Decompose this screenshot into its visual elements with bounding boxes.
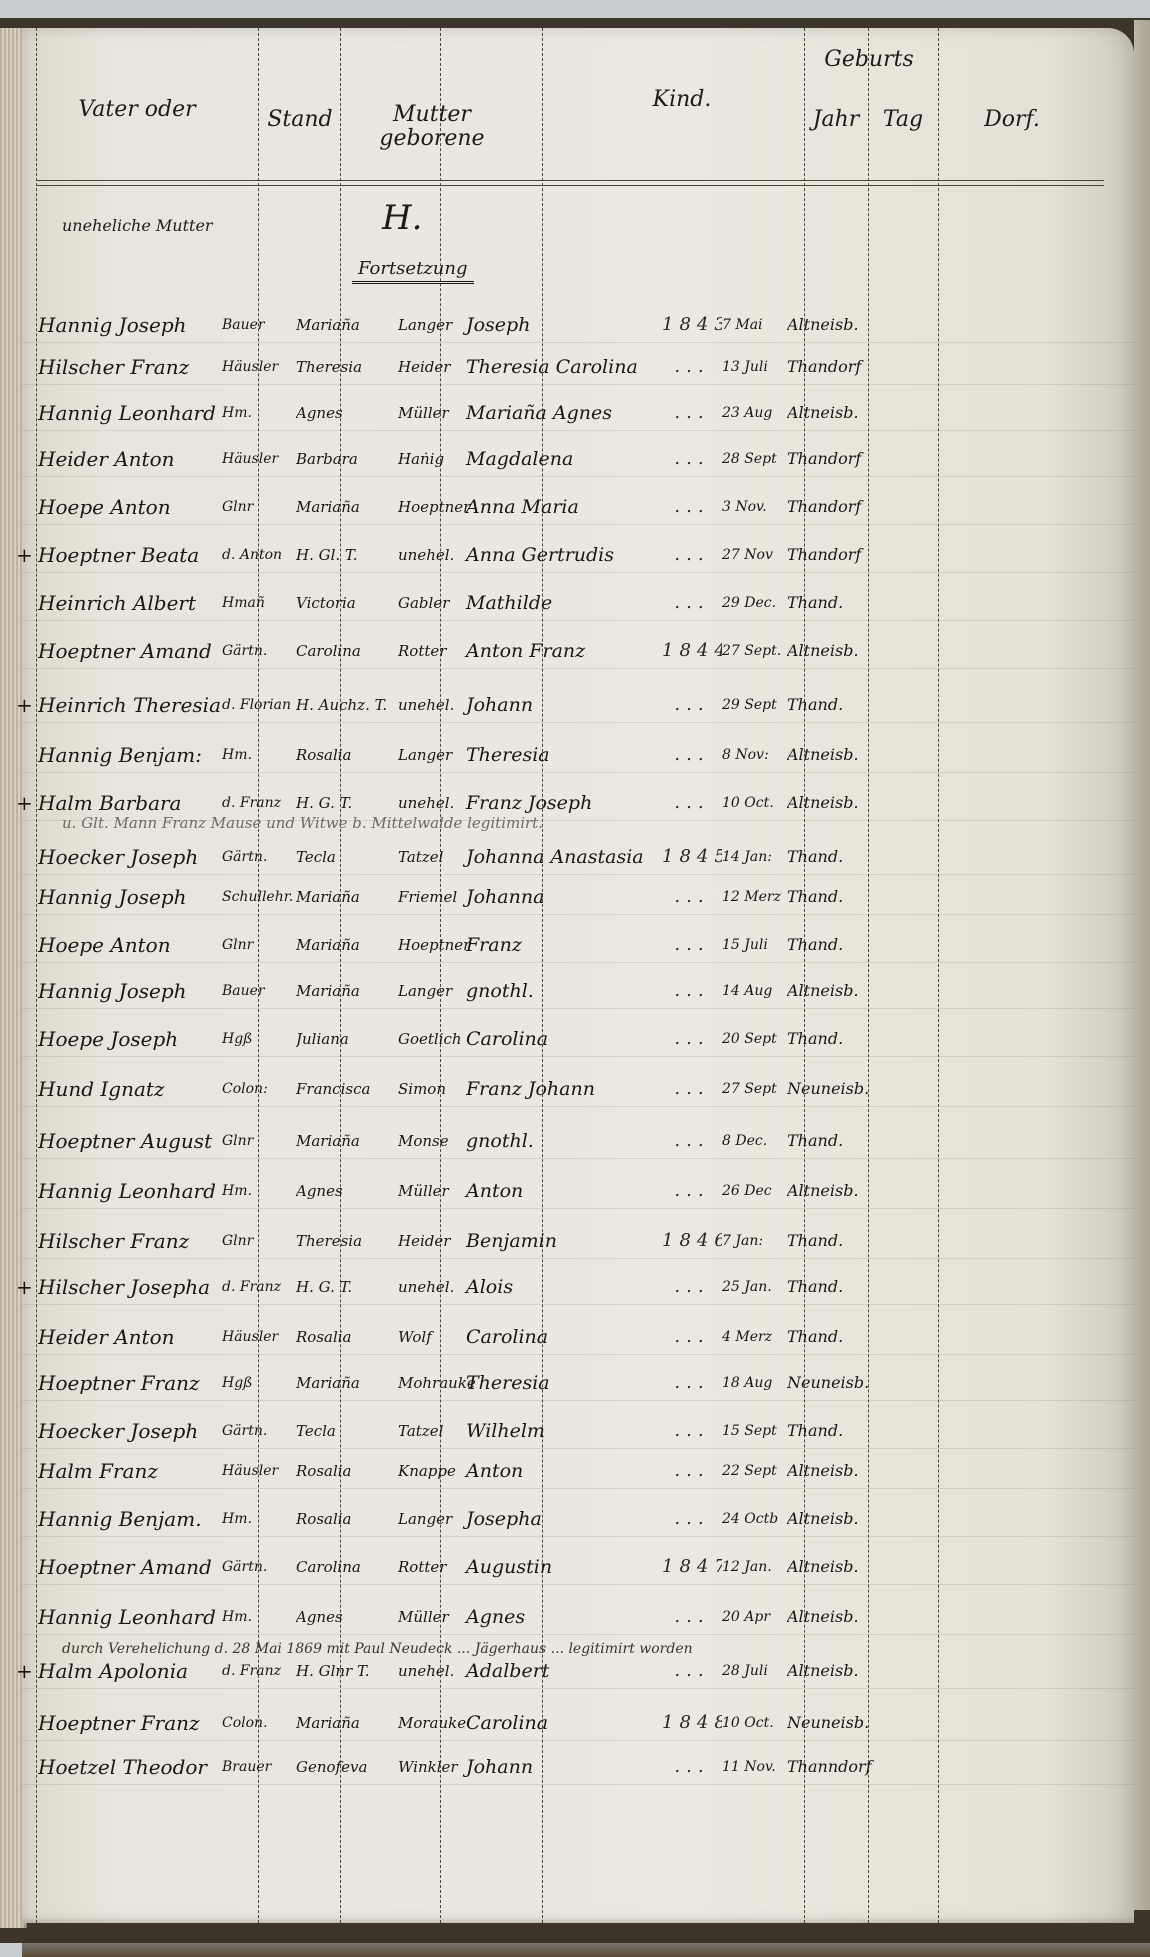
village-cell: Thandorf xyxy=(787,538,897,572)
child-name-cell: Alois xyxy=(452,1270,666,1304)
village-cell: Thand. xyxy=(787,1270,897,1304)
birth-year-cell: ... xyxy=(662,1174,722,1208)
table-row: Heider AntonHäuslerRosaliaWolfCarolina..… xyxy=(22,1320,1134,1355)
birth-day-cell: 25 Jan. xyxy=(722,1270,786,1304)
birth-year-cell: ... xyxy=(662,396,722,430)
status-cell: Bauer xyxy=(222,308,294,342)
child-name-cell: Franz Johann xyxy=(452,1072,666,1106)
village-cell: Thand. xyxy=(787,1320,897,1354)
birth-day-cell: 28 Sept xyxy=(722,442,786,476)
birth-year-cell: ... xyxy=(662,586,722,620)
table-row: Hilscher FranzGlnrTheresiaHeiderBenjamin… xyxy=(22,1224,1134,1259)
table-row: Heinrich AlbertHmañVictoriaGablerMathild… xyxy=(22,586,1134,621)
death-cross-marker: + xyxy=(16,538,34,572)
birth-year-cell: ... xyxy=(662,1654,722,1688)
status-cell: Gärtn. xyxy=(222,634,294,668)
village-cell: Altneisb. xyxy=(787,1600,897,1634)
mother-first-name-cell: Mariaña xyxy=(296,974,396,1008)
table-row: +Halm Apoloniad. FranzH. Glnr T.unehel.A… xyxy=(22,1654,1134,1689)
table-row: Heider AntonHäuslerBarbaraHaṅigMagdalena… xyxy=(22,442,1134,477)
mother-first-name-cell: Genofeva xyxy=(296,1750,396,1784)
mother-first-name-cell: Mariaña xyxy=(296,490,396,524)
birth-day-cell: 8 Dec. xyxy=(722,1124,786,1158)
village-cell: Thand. xyxy=(787,1224,897,1258)
mother-first-name-cell: Juliana xyxy=(296,1022,396,1056)
birth-day-cell: 8 Nov: xyxy=(722,738,786,772)
legitimation-note: u. Glt. Mann Franz Mause und Witwe b. Mi… xyxy=(62,814,543,832)
birth-day-cell: 4 Merz xyxy=(722,1320,786,1354)
village-cell: Thandorf xyxy=(787,442,897,476)
child-name-cell: Theresia Carolina xyxy=(452,350,666,384)
child-name-cell: Anton Franz xyxy=(452,634,666,668)
mother-first-name-cell: Rosalia xyxy=(296,1502,396,1536)
village-cell: Thand. xyxy=(787,1022,897,1056)
child-name-cell: Carolina xyxy=(452,1022,666,1056)
birth-year-cell: ... xyxy=(662,1270,722,1304)
birth-year-cell: ... xyxy=(662,1600,722,1634)
birth-day-cell: 14 Aug xyxy=(722,974,786,1008)
mother-first-name-cell: Theresia xyxy=(296,1224,396,1258)
table-row: Hannig Benjam:Hm.RosaliaLangerTheresia..… xyxy=(22,738,1134,773)
table-row: Hoeptner AmandGärtn.CarolinaRotterAnton … xyxy=(22,634,1134,669)
birth-year-cell: ... xyxy=(662,688,722,722)
status-cell: Hgß xyxy=(222,1366,294,1400)
child-name-cell: Agnes xyxy=(452,1600,666,1634)
child-name-cell: gnothl. xyxy=(452,974,666,1008)
table-row: +Heinrich Theresiad. FlorianH. Auchz. T.… xyxy=(22,688,1134,723)
book-bottom-edge xyxy=(22,1917,1150,1957)
table-row: Hoepe JosephHgßJulianaGoetlichCarolina..… xyxy=(22,1022,1134,1057)
status-cell: Glnr xyxy=(222,1224,294,1258)
birth-year-cell: ... xyxy=(662,1320,722,1354)
birth-year-cell: 1843 xyxy=(662,308,722,342)
status-cell: Glnr xyxy=(222,490,294,524)
birth-day-cell: 18 Aug xyxy=(722,1366,786,1400)
mother-first-name-cell: Mariaña xyxy=(296,880,396,914)
mother-first-name-cell: Agnes xyxy=(296,1174,396,1208)
village-cell: Altneisb. xyxy=(787,1550,897,1584)
birth-year-cell: ... xyxy=(662,786,722,820)
status-cell: Häusler xyxy=(222,442,294,476)
village-cell: Neuneisb. xyxy=(787,1706,897,1740)
village-cell: Altneisb. xyxy=(787,1502,897,1536)
village-cell: Thand. xyxy=(787,1414,897,1448)
table-row: Hoecker JosephGärtn.TeclaTatzelJohanna A… xyxy=(22,840,1134,875)
status-cell: Colon: xyxy=(222,1072,294,1106)
mother-first-name-cell: H. G. T. xyxy=(296,1270,396,1304)
mother-first-name-cell: Carolina xyxy=(296,1550,396,1584)
birth-day-cell: 20 Sept xyxy=(722,1022,786,1056)
village-cell: Thanndorf xyxy=(787,1750,897,1784)
mother-first-name-cell: Agnes xyxy=(296,396,396,430)
birth-year-cell: ... xyxy=(662,490,722,524)
birth-day-cell: 29 Sept xyxy=(722,688,786,722)
table-row: Hannig JosephBauerMariañaLangerJoseph184… xyxy=(22,308,1134,343)
birth-day-cell: 27 Sept xyxy=(722,1072,786,1106)
birth-year-cell: 1846 xyxy=(662,1224,722,1258)
birth-year-cell: ... xyxy=(662,880,722,914)
birth-year-cell: ... xyxy=(662,738,722,772)
child-name-cell: Anton xyxy=(452,1454,666,1488)
mother-first-name-cell: Rosalia xyxy=(296,738,396,772)
child-name-cell: Theresia xyxy=(452,738,666,772)
mother-first-name-cell: Theresia xyxy=(296,350,396,384)
status-cell: Hmañ xyxy=(222,586,294,620)
mother-first-name-cell: Victoria xyxy=(296,586,396,620)
death-cross-marker: + xyxy=(16,1270,34,1304)
mother-first-name-cell: Barbara xyxy=(296,442,396,476)
table-row: Hannig JosephSchullehr.MariañaFriemelJoh… xyxy=(22,880,1134,915)
child-name-cell: Anna Maria xyxy=(452,490,666,524)
table-row: Hannig JosephBauerMariañaLangergnothl...… xyxy=(22,974,1134,1009)
child-name-cell: gnothl. xyxy=(452,1124,666,1158)
child-name-cell: Augustin xyxy=(452,1550,666,1584)
table-row: Hannig LeonhardHm.AgnesMüllerMariaña Agn… xyxy=(22,396,1134,431)
village-cell: Thandorf xyxy=(787,350,897,384)
mother-first-name-cell: Mariaña xyxy=(296,928,396,962)
birth-day-cell: 11 Nov. xyxy=(722,1750,786,1784)
birth-day-cell: 27 Nov xyxy=(722,538,786,572)
birth-day-cell: 26 Dec xyxy=(722,1174,786,1208)
birth-year-cell: ... xyxy=(662,538,722,572)
mother-first-name-cell: Tecla xyxy=(296,1414,396,1448)
birth-day-cell: 29 Dec. xyxy=(722,586,786,620)
status-cell: Häusler xyxy=(222,1320,294,1354)
village-cell: Altneisb. xyxy=(787,1454,897,1488)
page-edges-right xyxy=(1134,20,1150,1910)
table-row: Hoeptner AmandGärtn.CarolinaRotterAugust… xyxy=(22,1550,1134,1585)
birth-day-cell: 22 Sept xyxy=(722,1454,786,1488)
status-cell: Glnr xyxy=(222,1124,294,1158)
birth-day-cell: 10 Oct. xyxy=(722,1706,786,1740)
status-cell: Hm. xyxy=(222,1600,294,1634)
mother-first-name-cell: Mariaña xyxy=(296,1706,396,1740)
table-row: Hoeptner FranzColon.MariañaMoraukeCaroli… xyxy=(22,1706,1134,1741)
birth-day-cell: 28 Juli xyxy=(722,1654,786,1688)
mother-first-name-cell: H. Auchz. T. xyxy=(296,688,396,722)
register-page: Vater oder Stand Mutter geborene Kind. G… xyxy=(22,28,1134,1923)
birth-day-cell: 12 Merz xyxy=(722,880,786,914)
table-row: Hoetzel TheodorBrauerGenofevaWinklerJoha… xyxy=(22,1750,1134,1785)
birth-year-cell: 1844 xyxy=(662,634,722,668)
mother-first-name-cell: Agnes xyxy=(296,1600,396,1634)
birth-year-cell: ... xyxy=(662,1454,722,1488)
mother-first-name-cell: Mariaña xyxy=(296,1124,396,1158)
child-name-cell: Magdalena xyxy=(452,442,666,476)
birth-year-cell: ... xyxy=(662,1022,722,1056)
table-row: Hannig LeonhardHm.AgnesMüllerAnton...26 … xyxy=(22,1174,1134,1209)
status-cell: Gärtn. xyxy=(222,1550,294,1584)
status-cell: d. Franz xyxy=(222,1654,294,1688)
child-name-cell: Anton xyxy=(452,1174,666,1208)
child-name-cell: Carolina xyxy=(452,1320,666,1354)
child-name-cell: Franz xyxy=(452,928,666,962)
status-cell: Colon. xyxy=(222,1706,294,1740)
child-name-cell: Benjamin xyxy=(452,1224,666,1258)
village-cell: Altneisb. xyxy=(787,1654,897,1688)
status-cell: Häusler xyxy=(222,1454,294,1488)
village-cell: Altneisb. xyxy=(787,738,897,772)
status-cell: Häusler xyxy=(222,350,294,384)
death-cross-marker: + xyxy=(16,786,34,820)
village-cell: Altneisb. xyxy=(787,308,897,342)
child-name-cell: Josepha xyxy=(452,1502,666,1536)
birth-year-cell: 1845 xyxy=(662,840,722,874)
child-name-cell: Johanna Anastasia xyxy=(452,840,666,874)
table-row: Hoeptner FranzHgßMariañaMohraukeTheresia… xyxy=(22,1366,1134,1401)
child-name-cell: Johanna xyxy=(452,880,666,914)
birth-day-cell: 15 Sept xyxy=(722,1414,786,1448)
birth-day-cell: 12 Jan. xyxy=(722,1550,786,1584)
mother-first-name-cell: Mariaña xyxy=(296,308,396,342)
village-cell: Altneisb. xyxy=(787,634,897,668)
death-cross-marker: + xyxy=(16,1654,34,1688)
birth-day-cell: 14 Jan: xyxy=(722,840,786,874)
register-entries: Hannig JosephBauerMariañaLangerJoseph184… xyxy=(22,28,1134,1923)
table-row: Hannig Benjam.Hm.RosaliaLangerJosepha...… xyxy=(22,1502,1134,1537)
mother-first-name-cell: H. Gl. T. xyxy=(296,538,396,572)
birth-year-cell: ... xyxy=(662,1502,722,1536)
birth-day-cell: 23 Aug xyxy=(722,396,786,430)
birth-day-cell: 20 Apr xyxy=(722,1600,786,1634)
death-cross-marker: + xyxy=(16,688,34,722)
status-cell: Glnr xyxy=(222,928,294,962)
mother-first-name-cell: Francisca xyxy=(296,1072,396,1106)
status-cell: Hgß xyxy=(222,1022,294,1056)
status-cell: d. Florian xyxy=(222,688,294,722)
village-cell: Neuneisb. xyxy=(787,1366,897,1400)
birth-year-cell: ... xyxy=(662,1750,722,1784)
child-name-cell: Mariaña Agnes xyxy=(452,396,666,430)
village-cell: Thand. xyxy=(787,840,897,874)
child-name-cell: Carolina xyxy=(452,1706,666,1740)
table-row: +Hoeptner Beatad. AntonH. Gl. T.unehel.A… xyxy=(22,538,1134,573)
table-row: Hoepe AntonGlnrMariañaHoeptnerAnna Maria… xyxy=(22,490,1134,525)
village-cell: Thand. xyxy=(787,880,897,914)
birth-day-cell: 10 Oct. xyxy=(722,786,786,820)
village-cell: Thand. xyxy=(787,688,897,722)
mother-first-name-cell: Rosalia xyxy=(296,1454,396,1488)
village-cell: Neuneisb. xyxy=(787,1072,897,1106)
mother-first-name-cell: Mariaña xyxy=(296,1366,396,1400)
village-cell: Altneisb. xyxy=(787,786,897,820)
table-row: Hoecker JosephGärtn.TeclaTatzelWilhelm..… xyxy=(22,1414,1134,1449)
mother-first-name-cell: Rosalia xyxy=(296,1320,396,1354)
child-name-cell: Adalbert xyxy=(452,1654,666,1688)
birth-year-cell: ... xyxy=(662,1366,722,1400)
status-cell: Gärtn. xyxy=(222,840,294,874)
village-cell: Altneisb. xyxy=(787,396,897,430)
birth-day-cell: 13 Juli xyxy=(722,350,786,384)
status-cell: Hm. xyxy=(222,1174,294,1208)
child-name-cell: Theresia xyxy=(452,1366,666,1400)
child-name-cell: Anna Gertrudis xyxy=(452,538,666,572)
child-name-cell: Wilhelm xyxy=(452,1414,666,1448)
table-row: Hoeptner AugustGlnrMariañaMonsegnothl...… xyxy=(22,1124,1134,1159)
table-row: Hannig LeonhardHm.AgnesMüllerAgnes...20 … xyxy=(22,1600,1134,1635)
birth-day-cell: 27 Sept. xyxy=(722,634,786,668)
table-row: Hoepe AntonGlnrMariañaHoeptnerFranz...15… xyxy=(22,928,1134,963)
mother-first-name-cell: H. Glnr T. xyxy=(296,1654,396,1688)
status-cell: Hm. xyxy=(222,738,294,772)
birth-year-cell: 1848 xyxy=(662,1706,722,1740)
status-cell: Brauer xyxy=(222,1750,294,1784)
birth-year-cell: 1847 xyxy=(662,1550,722,1584)
legitimation-note: durch Verehelichung d. 28 Mai 1869 mit P… xyxy=(62,1641,693,1657)
birth-day-cell: 7 Jan: xyxy=(722,1224,786,1258)
status-cell: d. Franz xyxy=(222,1270,294,1304)
birth-year-cell: ... xyxy=(662,1124,722,1158)
mother-first-name-cell: Carolina xyxy=(296,634,396,668)
birth-day-cell: 7 Mai xyxy=(722,308,786,342)
child-name-cell: Mathilde xyxy=(452,586,666,620)
table-row: +Hilscher Josephad. FranzH. G. T.unehel.… xyxy=(22,1270,1134,1305)
village-cell: Thandorf xyxy=(787,490,897,524)
child-name-cell: Joseph xyxy=(452,308,666,342)
village-cell: Altneisb. xyxy=(787,974,897,1008)
status-cell: d. Anton xyxy=(222,538,294,572)
mother-first-name-cell: Tecla xyxy=(296,840,396,874)
birth-day-cell: 15 Juli xyxy=(722,928,786,962)
birth-year-cell: ... xyxy=(662,974,722,1008)
status-cell: Bauer xyxy=(222,974,294,1008)
birth-year-cell: ... xyxy=(662,442,722,476)
status-cell: Hm. xyxy=(222,1502,294,1536)
child-name-cell: Johann xyxy=(452,1750,666,1784)
table-row: Hund IgnatzColon:FranciscaSimonFranz Joh… xyxy=(22,1072,1134,1107)
birth-year-cell: ... xyxy=(662,928,722,962)
table-row: Hilscher FranzHäuslerTheresiaHeiderThere… xyxy=(22,350,1134,385)
birth-year-cell: ... xyxy=(662,1414,722,1448)
birth-year-cell: ... xyxy=(662,1072,722,1106)
village-cell: Thand. xyxy=(787,1124,897,1158)
birth-day-cell: 24 Octb xyxy=(722,1502,786,1536)
village-cell: Thand. xyxy=(787,928,897,962)
status-cell: Gärtn. xyxy=(222,1414,294,1448)
status-cell: Schullehr. xyxy=(222,880,294,914)
birth-year-cell: ... xyxy=(662,350,722,384)
village-cell: Thand. xyxy=(787,586,897,620)
village-cell: Altneisb. xyxy=(787,1174,897,1208)
birth-day-cell: 3 Nov. xyxy=(722,490,786,524)
table-row: Halm FranzHäuslerRosaliaKnappeAnton...22… xyxy=(22,1454,1134,1489)
child-name-cell: Johann xyxy=(452,688,666,722)
status-cell: Hm. xyxy=(222,396,294,430)
